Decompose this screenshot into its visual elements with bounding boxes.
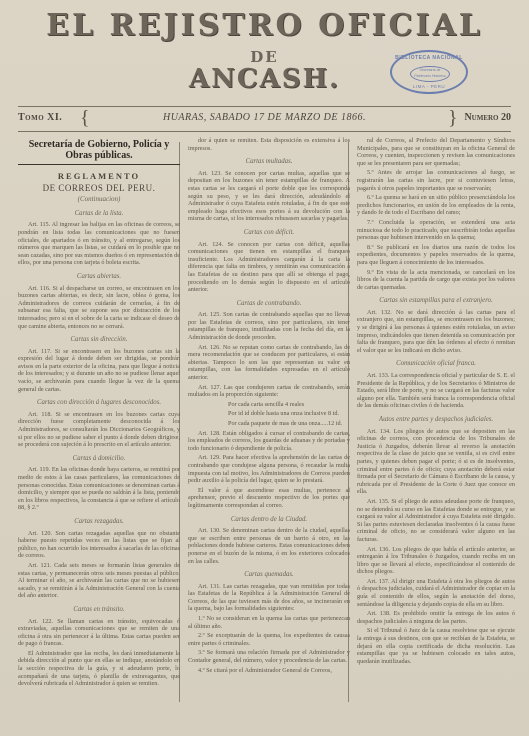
article-paragraph: Art. 120. Son cartas rezagadas aquellas … bbox=[18, 530, 180, 560]
article-paragraph: Art. 125. Son cartas de contrabando aque… bbox=[188, 311, 350, 341]
column-1-body: Cartas de la lista.Art. 115. Al ingresar… bbox=[18, 210, 180, 688]
article-subheading: Cartas quemadas. bbox=[188, 571, 350, 579]
article-paragraph: El Administrador que las reciba, les dar… bbox=[18, 650, 180, 688]
brace-right-icon: } bbox=[448, 107, 458, 130]
article-paragraph: Art. 133. La correspondencia oficial y p… bbox=[357, 372, 515, 410]
article-paragraph: 9.º En vista de la acta mencionada, se c… bbox=[357, 269, 515, 292]
article-paragraph: 7.º Concluida la operación, se extenderá… bbox=[357, 219, 515, 242]
article-paragraph: Art. 121. Cada seis meses se formarán li… bbox=[18, 562, 180, 600]
article-paragraph: Art. 126. No se reputan como cartas de c… bbox=[188, 344, 350, 382]
column-3-body: ral de Correos, al Prefecto del Departam… bbox=[357, 137, 515, 665]
article-paragraph: Art. 117. Si se encontrasen en los buzon… bbox=[18, 348, 180, 394]
article-paragraph: 6.º La quema se hará en un sitio público… bbox=[357, 194, 515, 217]
newspaper-title: EL REJISTRO OFICIAL bbox=[0, 8, 529, 43]
article-subheading: Cartas rezagadas. bbox=[18, 518, 180, 526]
article-paragraph: Art. 132. No se dará dirección á las car… bbox=[357, 309, 515, 355]
tariff-line: Por cada paquete de mas de una onza.....… bbox=[188, 420, 350, 428]
masthead: EL REJISTRO OFICIAL DE ANCASH. BIBLIOTEC… bbox=[0, 0, 529, 108]
regulation-title: REGLAMENTO bbox=[18, 173, 180, 181]
stamp-top-text: BIBLIOTECA NACIONAL bbox=[392, 55, 466, 61]
tariff-line: Por id id doble hasta una onza inclusive… bbox=[188, 410, 350, 418]
continuation-note: (Continuacion) bbox=[18, 196, 180, 204]
article-subheading: Cartas con déficit. bbox=[188, 229, 350, 237]
article-paragraph: 2.º Se exceptuarán de la quema, los expe… bbox=[188, 632, 350, 647]
library-stamp: BIBLIOTECA NACIONAL Secretaría de Patrim… bbox=[390, 50, 468, 94]
article-subheading: Cartas sin estampillas para el extranjer… bbox=[357, 297, 515, 305]
article-subheading: Autos entre partes y despachos judiciale… bbox=[357, 416, 515, 424]
stamp-inner-text: Secretaría de Patrimonio Histórico bbox=[410, 66, 450, 82]
article-subheading: Cartas en tránsito. bbox=[18, 606, 180, 614]
article-subheading: Cartas dentro de la Ciudad. bbox=[188, 516, 350, 524]
article-paragraph: Art. 131. Las cartas rezagadas, que van … bbox=[188, 583, 350, 613]
article-paragraph: Art. 124. Se conocen por cartas con défi… bbox=[188, 241, 350, 294]
article-paragraph: 3.º Se formará una relación firmada por … bbox=[188, 649, 350, 664]
article-paragraph: Art. 128. Están obligados á cursar el co… bbox=[188, 430, 350, 453]
issue-number: Numero 20 bbox=[464, 112, 511, 123]
article-subheading: Cartas multadas. bbox=[188, 158, 350, 166]
article-paragraph: 5.º Antes de arrojar las comunicaciones … bbox=[357, 169, 515, 192]
article-paragraph: Art. 136. Los pliegos de que habla el ar… bbox=[357, 546, 515, 576]
article-paragraph: 8.º Se publicará en los diarios una razó… bbox=[357, 244, 515, 267]
article-paragraph: Art. 119. En las oficinas donde haya car… bbox=[18, 466, 180, 512]
stamp-bottom-text: LIMA - PERU bbox=[392, 84, 466, 89]
article-paragraph: El valor á que ascendiese esas multas, p… bbox=[188, 487, 350, 510]
tariff-line: Por cada carta sencilla 4 reales bbox=[188, 401, 350, 409]
article-subheading: Cartas con dirección á lugares desconoci… bbox=[18, 399, 180, 407]
column-3: ral de Correos, al Prefecto del Departam… bbox=[357, 137, 515, 667]
article-paragraph: Art. 116. Si al despacharse un correo, s… bbox=[18, 285, 180, 331]
regulation-subtitle: DE CORREOS DEL PERU. bbox=[18, 185, 180, 193]
article-paragraph: 4.º Se citará por el Administrador Gener… bbox=[188, 667, 350, 675]
article-paragraph: Art. 122. Se llaman cartas en tránsito, … bbox=[18, 618, 180, 648]
article-paragraph: Art. 127. Las que condujeren cartas de c… bbox=[188, 384, 350, 399]
article-paragraph: Si el Tribunal ó Juez de la causa resolv… bbox=[357, 627, 515, 665]
article-paragraph: dor á quien se remiten. Esta disposición… bbox=[188, 137, 350, 152]
article-subheading: Cartas de contrabando. bbox=[188, 300, 350, 308]
article-subheading: Cartas abiertas. bbox=[18, 273, 180, 281]
article-paragraph: Art. 118. Si se encontrasen en los buzon… bbox=[18, 411, 180, 449]
column-2-body: dor á quien se remiten. Esta disposición… bbox=[188, 137, 350, 674]
article-paragraph: Art. 138. Es prohibido omitir la entrega… bbox=[357, 610, 515, 625]
column-2: dor á quien se remiten. Esta disposición… bbox=[188, 137, 350, 676]
article-paragraph: Art. 135. Si el pliego de autos adeudase… bbox=[357, 498, 515, 544]
article-paragraph: Art. 123. Se conocen por cartas multas, … bbox=[188, 170, 350, 223]
article-subheading: Cartas sin dirección. bbox=[18, 336, 180, 344]
article-paragraph: Art. 137. Al dirigir una Estafeta á otra… bbox=[357, 578, 515, 608]
masthead-rule-bottom bbox=[18, 131, 511, 132]
article-subheading: Cartas de la lista. bbox=[18, 210, 180, 218]
article-paragraph: Art. 115. Al ingresar las balijas en las… bbox=[18, 221, 180, 267]
article-paragraph: Art. 134. Los pliegos de autos que se de… bbox=[357, 428, 515, 496]
newspaper-page: EL REJISTRO OFICIAL DE ANCASH. BIBLIOTEC… bbox=[0, 0, 529, 736]
article-subheading: Cartas á domicilio. bbox=[18, 455, 180, 463]
article-paragraph: ral de Correos, al Prefecto del Departam… bbox=[357, 137, 515, 167]
article-paragraph: Art. 130. Se denominan cartas dentro de … bbox=[188, 527, 350, 565]
article-paragraph: 1.º No se consideran en la quema las car… bbox=[188, 615, 350, 630]
article-paragraph: Art. 129. Para hacer efectiva la aprehen… bbox=[188, 454, 350, 484]
article-subheading: Comunicación oficial franca. bbox=[357, 360, 515, 368]
column-1: Secretaría de Gobierno, Policía y Obras … bbox=[18, 137, 180, 690]
section-heading: Secretaría de Gobierno, Policía y Obras … bbox=[18, 137, 180, 165]
issue-date: HUARAS, SABADO 17 DE MARZO DE 1866. bbox=[18, 112, 511, 123]
dateline: Tomo XI. { HUARAS, SABADO 17 DE MARZO DE… bbox=[18, 107, 511, 131]
